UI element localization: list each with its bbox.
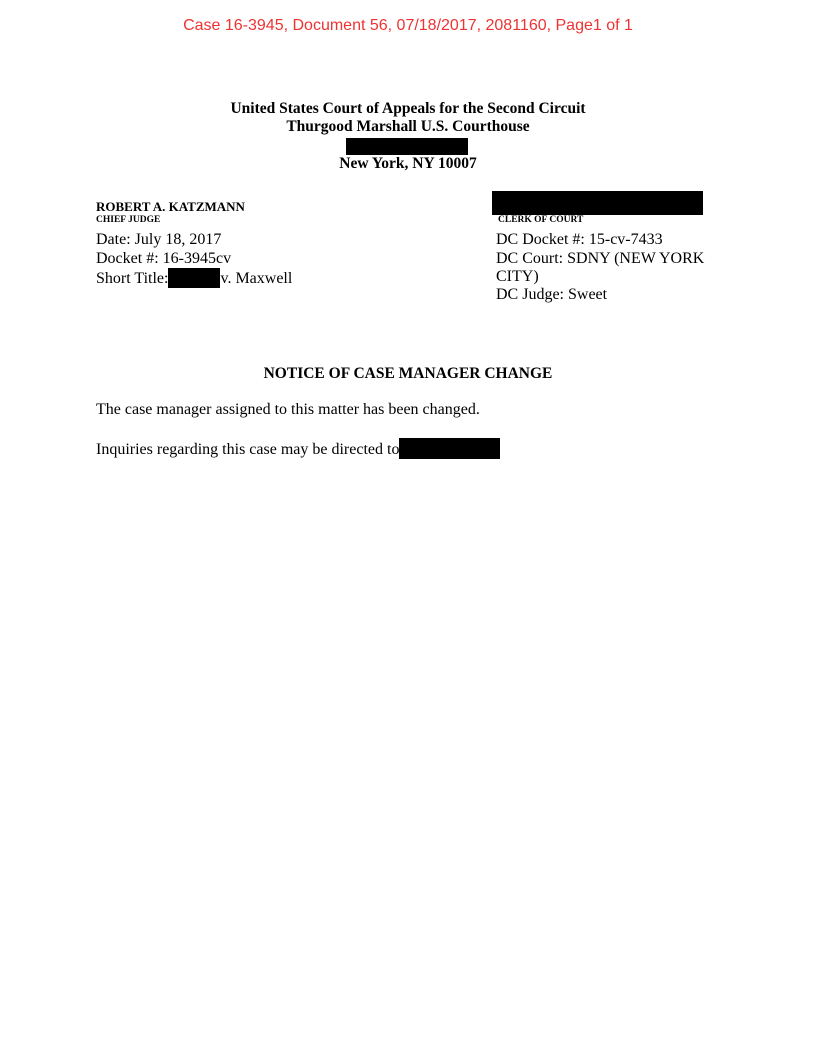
- notice-paragraph-2: Inquiries regarding this case may be dir…: [96, 438, 500, 459]
- courthouse-name: Thurgood Marshall U.S. Courthouse: [0, 118, 816, 136]
- notice-paragraph-2-text: Inquiries regarding this case may be dir…: [96, 441, 399, 458]
- dc-court-cont: CITY): [496, 268, 539, 286]
- clerk-title: CLERK OF COURT: [498, 215, 583, 225]
- notice-title: NOTICE OF CASE MANAGER CHANGE: [0, 365, 816, 383]
- court-name: United States Court of Appeals for the S…: [0, 100, 816, 118]
- dc-judge: DC Judge: Sweet: [496, 286, 607, 304]
- docket-number: Docket #: 16-3945cv: [96, 250, 231, 268]
- notice-paragraph-1: The case manager assigned to this matter…: [96, 401, 480, 419]
- redacted-clerk-name: [492, 191, 703, 215]
- short-title: Short Title:v. Maxwell: [96, 268, 292, 288]
- date: Date: July 18, 2017: [96, 231, 221, 249]
- redacted-address: [346, 138, 468, 155]
- dc-court: DC Court: SDNY (NEW YORK: [496, 250, 704, 268]
- short-title-label: Short Title:: [96, 270, 168, 287]
- judge-title: CHIEF JUDGE: [96, 215, 160, 225]
- short-title-suffix: v. Maxwell: [220, 270, 292, 287]
- dc-docket: DC Docket #: 15-cv-7433: [496, 231, 663, 249]
- court-city: New York, NY 10007: [0, 155, 816, 173]
- redacted-case-manager: [399, 438, 500, 459]
- redacted-party: [168, 268, 220, 288]
- case-stamp: Case 16-3945, Document 56, 07/18/2017, 2…: [0, 17, 816, 35]
- judge-name: ROBERT A. KATZMANN: [96, 199, 245, 215]
